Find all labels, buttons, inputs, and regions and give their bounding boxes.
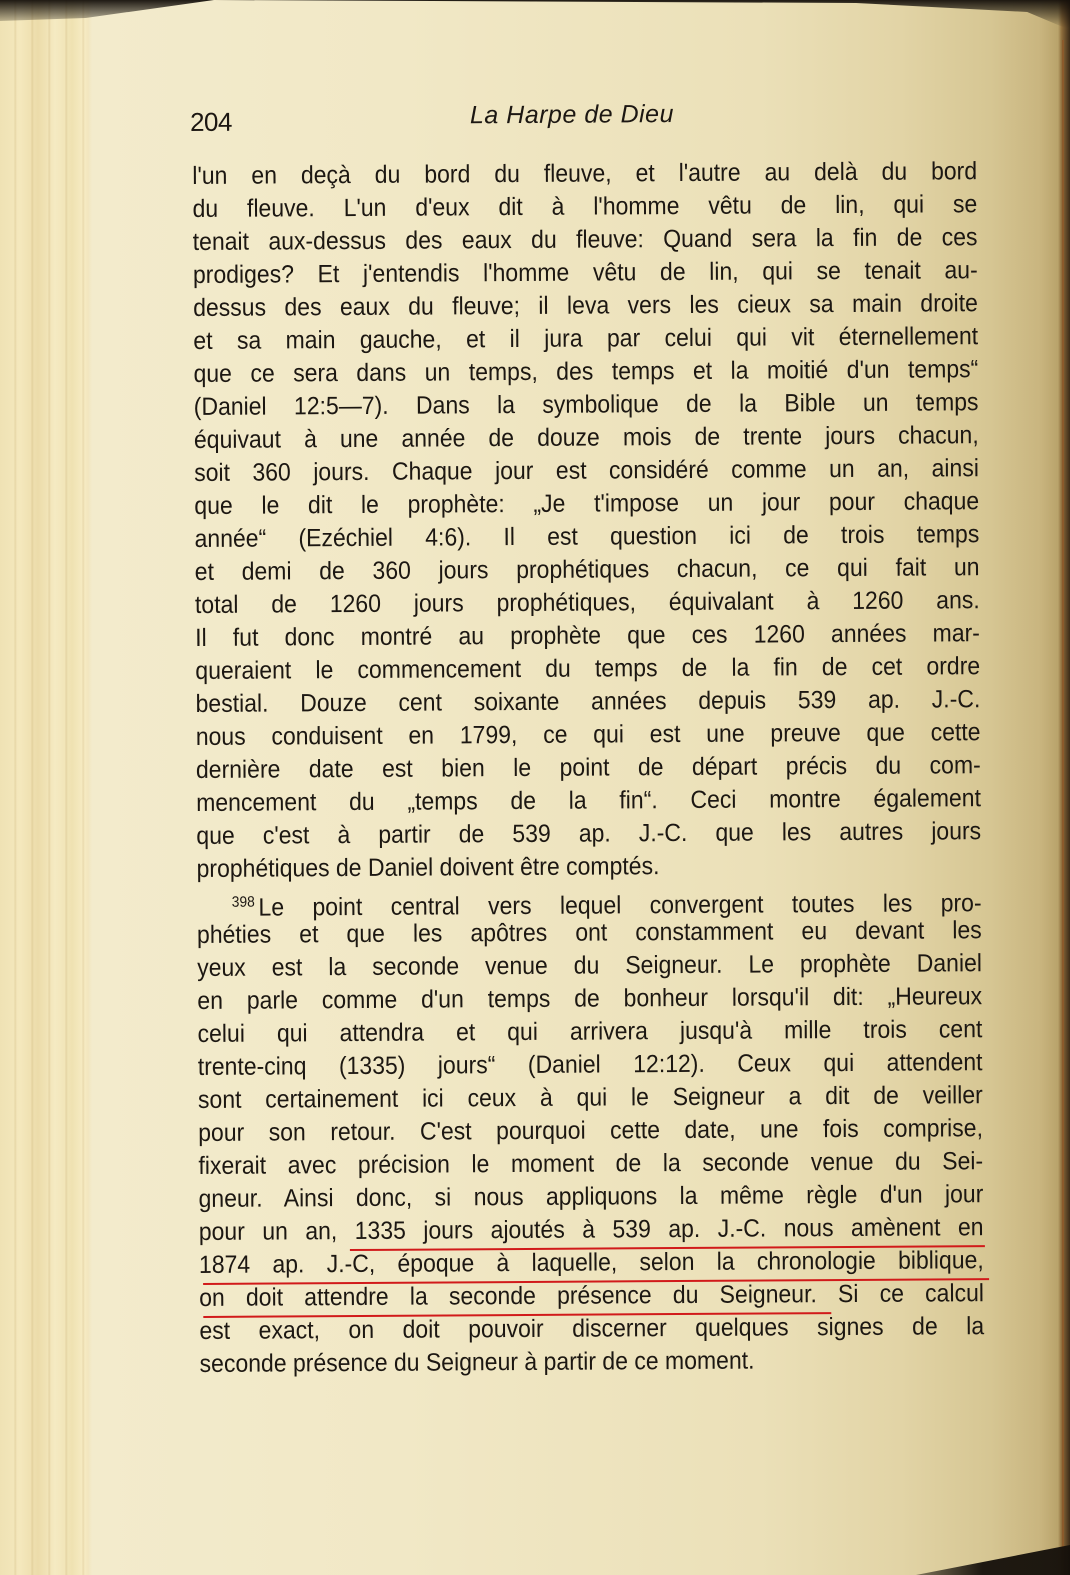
page-number: 204 (190, 107, 232, 138)
text-line: mencement du „temps de la fin“. Ceci mon… (196, 783, 918, 820)
text-line: que ce sera dans un temps, des temps et … (193, 354, 915, 391)
text-line: en parle comme d'un temps de bonheur lor… (197, 981, 919, 1018)
text-line: pour un an, 1335 jours ajoutés à 539 ap.… (199, 1212, 921, 1249)
text-line: bestial. Douze cent soixante années depu… (195, 684, 917, 721)
text-line: soit 360 jours. Chaque jour est considér… (194, 453, 916, 490)
text-line: pour son retour. C'est pourquoi cette da… (198, 1113, 920, 1150)
text-line: tenait aux-dessus des eaux du fleuve: Qu… (193, 222, 915, 259)
paragraph-start: 398Le point central vers lequel converge… (197, 882, 919, 919)
text-line: équivaut à une année de douze mois de tr… (194, 420, 916, 457)
text-line: dessus des eaux du fleuve; il leva vers … (193, 288, 915, 325)
book-page: 204 La Harpe de Dieu l'un en deçà du bor… (0, 0, 1070, 1575)
text-line: (Daniel 12:5—7). Dans la symbolique de l… (194, 387, 916, 424)
text-line: 1874 ap. J.-C, époque à laquelle, selon … (199, 1245, 921, 1282)
paragraph-number: 398 (232, 894, 255, 911)
text-line: et demi de 360 jours prophétiques chacun… (195, 552, 917, 589)
text-line: celui qui attendra et qui arrivera jusqu… (197, 1014, 919, 1051)
text-block: 204 La Harpe de Dieu l'un en deçà du bor… (0, 0, 1070, 1575)
text-line: nous conduisent en 1799, ce qui est une … (196, 717, 918, 754)
text-line: total de 1260 jours prophétiques, équiva… (195, 585, 917, 622)
text-line: prodiges? Et j'entendis l'homme vêtu de … (193, 255, 915, 292)
text-line: l'un en deçà du bord du fleuve, et l'aut… (192, 156, 914, 193)
text-line: dernière date est bien le point de dépar… (196, 750, 918, 787)
text-line: du fleuve. L'un d'eux dit à l'homme vêtu… (192, 189, 914, 226)
text-line: trente-cinq (1335) jours“ (Daniel 12:12)… (198, 1047, 920, 1084)
text-line: sont certainement ici ceux à qui le Seig… (198, 1080, 920, 1117)
text-line: phéties et que les apôtres ont constamme… (197, 915, 919, 952)
text-line: et sa main gauche, et il jura par celui … (193, 321, 915, 358)
text-line: Il fut donc montré au prophète que ces 1… (195, 618, 917, 655)
text-line: fixerait avec précision le moment de la … (198, 1146, 920, 1183)
running-title: La Harpe de Dieu (470, 100, 674, 130)
text-line: queraient le commencement du temps de la… (195, 651, 917, 688)
page-header: 204 La Harpe de Dieu (190, 98, 980, 137)
text-line: gneur. Ainsi donc, si nous appliquons la… (198, 1179, 920, 1216)
text-line: seconde présence du Seigneur à partir de… (200, 1344, 922, 1381)
text-line: que le dit le prophète: „Je t'impose un … (194, 486, 916, 523)
text-line: yeux est la seconde venue du Seigneur. L… (197, 948, 919, 985)
text-line: année“ (Ezéchiel 4:6). Il est question i… (194, 519, 916, 556)
text-line: prophétiques de Daniel doivent être comp… (196, 849, 918, 886)
text-line: que c'est à partir de 539 ap. J.-C. que … (196, 816, 918, 853)
